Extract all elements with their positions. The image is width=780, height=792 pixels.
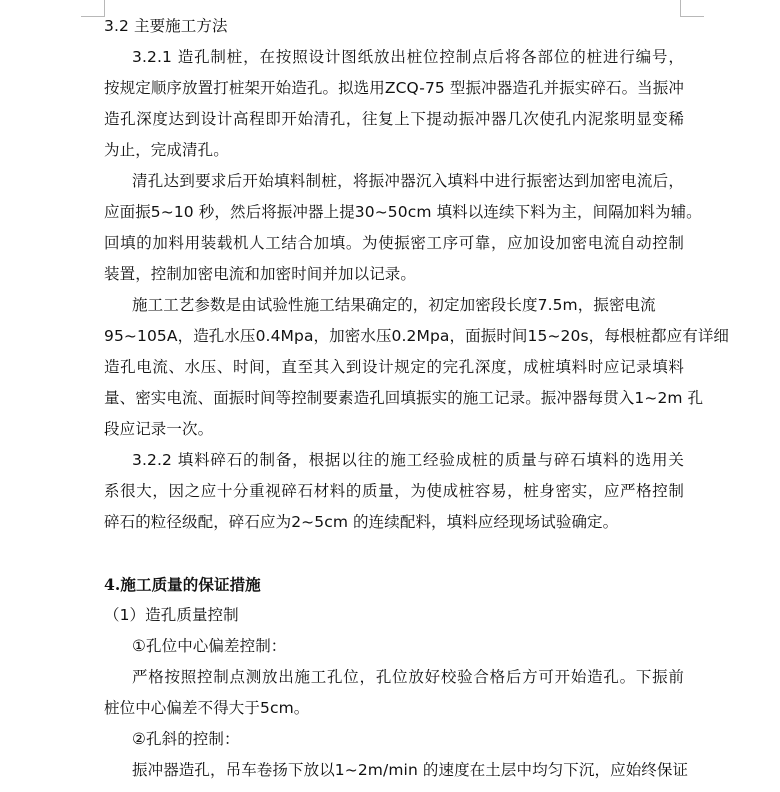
paragraph-line: 系很大，因之应十分重视碎石材料的质量，为使成桩容易，桩身密实，应严格控制 xyxy=(104,476,684,507)
paragraph-hole-center-deviation: 严格按照控制点测放出施工孔位，孔位放好校验合格后方可开始造孔。下振前 桩位中心偏… xyxy=(104,662,684,724)
paragraph-line: 施工工艺参数是由试验性施工结果确定的，初定加密段长度7.5m，振密电流 xyxy=(104,290,684,321)
paragraph-line: 振冲器造孔，吊车卷扬下放以1~2m/min 的速度在土层中均匀下沉，应始终保证 xyxy=(104,755,684,786)
paragraph-line: 碎石的粒径级配，碎石应为2~5cm 的连续配料，填料应经现场试验确定。 xyxy=(104,507,684,538)
section-heading-3-2: 3.2 主要施工方法 xyxy=(104,11,684,42)
paragraph-line: 应面振5~10 秒，然后将振冲器上提30~50cm 填料以连续下料为主，间隔加料… xyxy=(104,197,684,228)
paragraph-line: 段应记录一次。 xyxy=(104,414,684,445)
subheading-hole-quality: （1）造孔质量控制 xyxy=(104,600,684,631)
paragraph-line: 3.2.2 填料碎石的制备，根据以往的施工经验成桩的质量与碎石填料的选用关 xyxy=(104,445,684,476)
page-corner-mark-top-left xyxy=(81,0,105,17)
paragraph-line: 装置，控制加密电流和加密时间并加以记录。 xyxy=(104,259,684,290)
section-spacer xyxy=(104,538,684,569)
paragraph-filling: 清孔达到要求后开始填料制桩，将振冲器沉入填料中进行振密达到加密电流后， 应面振5… xyxy=(104,166,684,290)
paragraph-line: 清孔达到要求后开始填料制桩，将振冲器沉入填料中进行振密达到加密电流后， xyxy=(104,166,684,197)
paragraph-process-parameters: 施工工艺参数是由试验性施工结果确定的，初定加密段长度7.5m，振密电流 95~1… xyxy=(104,290,684,445)
section-heading-4: 4.施工质量的保证措施 xyxy=(104,569,684,600)
paragraph-line: 为止，完成清孔。 xyxy=(104,135,684,166)
paragraph-line: 95~105A，造孔水压0.4Mpa，加密水压0.2Mpa，面振时间15~20s… xyxy=(104,321,684,352)
item-title-hole-inclination: ②孔斜的控制： xyxy=(104,724,684,755)
paragraph-line: 回填的加料用装载机人工结合加填。为使振密工序可靠，应加设加密电流自动控制 xyxy=(104,228,684,259)
item-title-hole-center-deviation: ①孔位中心偏差控制： xyxy=(104,631,684,662)
paragraph-line: 造孔电流、水压、时间，直至其入到设计规定的完孔深度，成桩填料时应记录填料 xyxy=(104,352,684,383)
document-page: 3.2 主要施工方法 3.2.1 造孔制桩，在按照设计图纸放出桩位控制点后将各部… xyxy=(104,11,684,786)
paragraph-line: 3.2.1 造孔制桩，在按照设计图纸放出桩位控制点后将各部位的桩进行编号， xyxy=(104,42,684,73)
paragraph-line: 严格按照控制点测放出施工孔位，孔位放好校验合格后方可开始造孔。下振前 xyxy=(104,662,684,693)
paragraph-line: 造孔深度达到设计高程即开始清孔，往复上下提动振冲器几次使孔内泥浆明显变稀 xyxy=(104,104,684,135)
paragraph-line: 量、密实电流、面振时间等控制要素造孔回填振实的施工记录。振冲器每贯入1~2m 孔 xyxy=(104,383,684,414)
paragraph-line: 桩位中心偏差不得大于5cm。 xyxy=(104,693,684,724)
paragraph-hole-inclination: 振冲器造孔，吊车卷扬下放以1~2m/min 的速度在土层中均匀下沉，应始终保证 xyxy=(104,755,684,786)
paragraph-3-2-1: 3.2.1 造孔制桩，在按照设计图纸放出桩位控制点后将各部位的桩进行编号， 按规… xyxy=(104,42,684,166)
paragraph-line: 按规定顺序放置打桩架开始造孔。拟选用ZCQ-75 型振冲器造孔并振实碎石。当振冲 xyxy=(104,73,684,104)
paragraph-3-2-2: 3.2.2 填料碎石的制备，根据以往的施工经验成桩的质量与碎石填料的选用关 系很… xyxy=(104,445,684,538)
